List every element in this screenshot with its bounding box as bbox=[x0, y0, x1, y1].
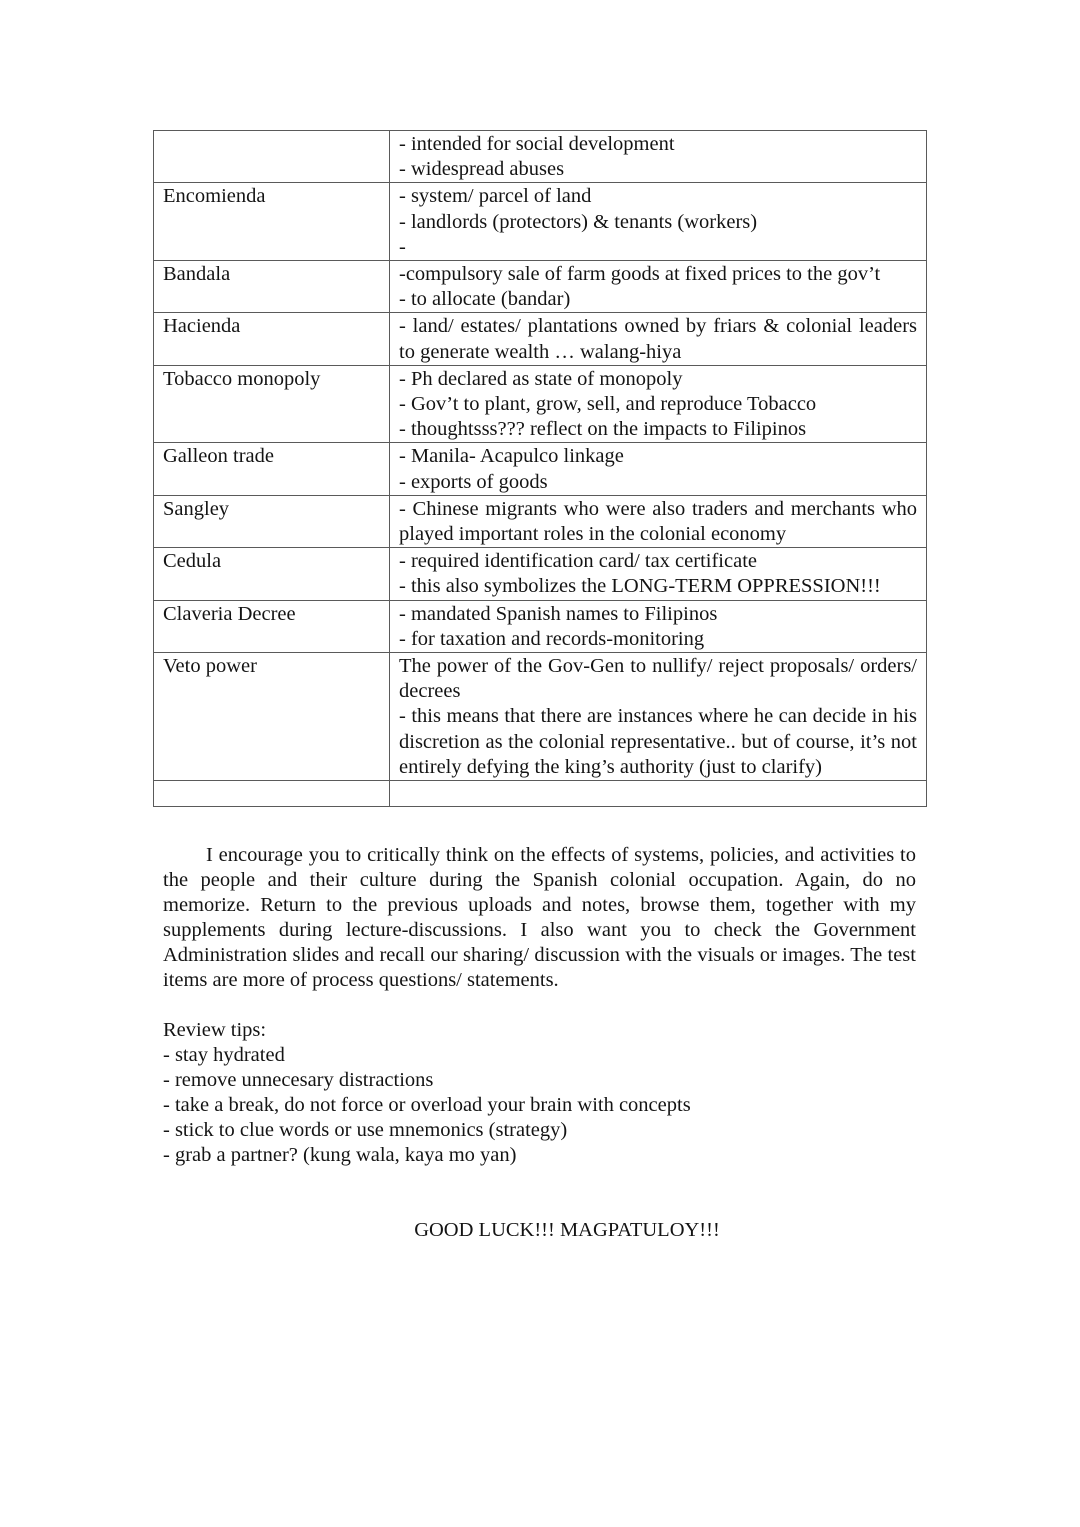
description-cell: - Chinese migrants who were also traders… bbox=[390, 495, 927, 547]
terms-table: - intended for social development- wides… bbox=[153, 130, 927, 807]
description-cell: The power of the Gov-Gen to nullify/ rej… bbox=[390, 653, 927, 781]
table-row: Bandala-compulsory sale of farm goods at… bbox=[154, 261, 927, 313]
table-row: Encomienda- system/ parcel of land- land… bbox=[154, 183, 927, 261]
description-line: - exports of goods bbox=[399, 470, 917, 495]
description-cell: - system/ parcel of land- landlords (pro… bbox=[390, 183, 927, 261]
table-row: Sangley- Chinese migrants who were also … bbox=[154, 495, 927, 547]
description-cell: -compulsory sale of farm goods at fixed … bbox=[390, 261, 927, 313]
description-line: - Gov’t to plant, grow, sell, and reprod… bbox=[399, 392, 917, 417]
description-cell: - land/ estates/ plantations owned by fr… bbox=[390, 313, 927, 365]
term-cell: Claveria Decree bbox=[154, 600, 390, 652]
table-row: Hacienda- land/ estates/ plantations own… bbox=[154, 313, 927, 365]
description-line: - Chinese migrants who were also traders… bbox=[399, 497, 917, 547]
review-tip-item: - stay hydrated bbox=[163, 1043, 916, 1068]
description-cell: - Manila- Acapulco linkage- exports of g… bbox=[390, 443, 927, 495]
description-line: - thoughtsss??? reflect on the impacts t… bbox=[399, 417, 917, 442]
review-tip-item: - grab a partner? (kung wala, kaya mo ya… bbox=[163, 1143, 916, 1168]
table-row bbox=[154, 781, 927, 807]
description-line: - Manila- Acapulco linkage bbox=[399, 444, 917, 469]
description-line: - required identification card/ tax cert… bbox=[399, 549, 917, 574]
description-line: - to allocate (bandar) bbox=[399, 287, 917, 312]
description-line: - widespread abuses bbox=[399, 157, 917, 182]
term-cell: Encomienda bbox=[154, 183, 390, 261]
terms-table-body: - intended for social development- wides… bbox=[154, 131, 927, 807]
term-cell bbox=[154, 131, 390, 183]
description-cell bbox=[390, 781, 927, 807]
instructions-paragraph: I encourage you to critically think on t… bbox=[163, 843, 916, 993]
term-cell bbox=[154, 781, 390, 807]
description-line: - this also symbolizes the LONG-TERM OPP… bbox=[399, 574, 917, 599]
term-cell: Veto power bbox=[154, 653, 390, 781]
term-cell: Bandala bbox=[154, 261, 390, 313]
review-tip-item: - stick to clue words or use mnemonics (… bbox=[163, 1118, 916, 1143]
review-tips-heading: Review tips: bbox=[163, 1018, 916, 1043]
description-cell: - intended for social development- wides… bbox=[390, 131, 927, 183]
document-page: - intended for social development- wides… bbox=[0, 0, 1080, 1527]
description-line: - land/ estates/ plantations owned by fr… bbox=[399, 314, 917, 364]
description-line: - mandated Spanish names to Filipinos bbox=[399, 602, 917, 627]
term-cell: Tobacco monopoly bbox=[154, 365, 390, 443]
term-cell: Hacienda bbox=[154, 313, 390, 365]
description-line: - this means that there are instances wh… bbox=[399, 704, 917, 780]
description-cell: - required identification card/ tax cert… bbox=[390, 548, 927, 600]
table-row: Veto powerThe power of the Gov-Gen to nu… bbox=[154, 653, 927, 781]
description-line: -compulsory sale of farm goods at fixed … bbox=[399, 262, 917, 287]
description-line: - system/ parcel of land bbox=[399, 184, 917, 209]
table-row: - intended for social development- wides… bbox=[154, 131, 927, 183]
description-cell: - mandated Spanish names to Filipinos- f… bbox=[390, 600, 927, 652]
description-line: - landlords (protectors) & tenants (work… bbox=[399, 210, 917, 235]
table-row: Cedula- required identification card/ ta… bbox=[154, 548, 927, 600]
table-row: Tobacco monopoly- Ph declared as state o… bbox=[154, 365, 927, 443]
table-row: Claveria Decree- mandated Spanish names … bbox=[154, 600, 927, 652]
review-tips: Review tips: - stay hydrated - remove un… bbox=[163, 1018, 916, 1168]
term-cell: Galleon trade bbox=[154, 443, 390, 495]
description-line: - bbox=[399, 235, 917, 260]
term-cell: Sangley bbox=[154, 495, 390, 547]
description-line: - for taxation and records-monitoring bbox=[399, 627, 917, 652]
description-line: - intended for social development bbox=[399, 132, 917, 157]
review-tip-item: - take a break, do not force or overload… bbox=[163, 1093, 916, 1118]
description-cell: - Ph declared as state of monopoly- Gov’… bbox=[390, 365, 927, 443]
description-line: - Ph declared as state of monopoly bbox=[399, 367, 917, 392]
description-line: The power of the Gov-Gen to nullify/ rej… bbox=[399, 654, 917, 704]
term-cell: Cedula bbox=[154, 548, 390, 600]
closing-message: GOOD LUCK!!! MAGPATULOY!!! bbox=[0, 1218, 1080, 1243]
table-row: Galleon trade- Manila- Acapulco linkage-… bbox=[154, 443, 927, 495]
review-tip-item: - remove unnecesary distractions bbox=[163, 1068, 916, 1093]
